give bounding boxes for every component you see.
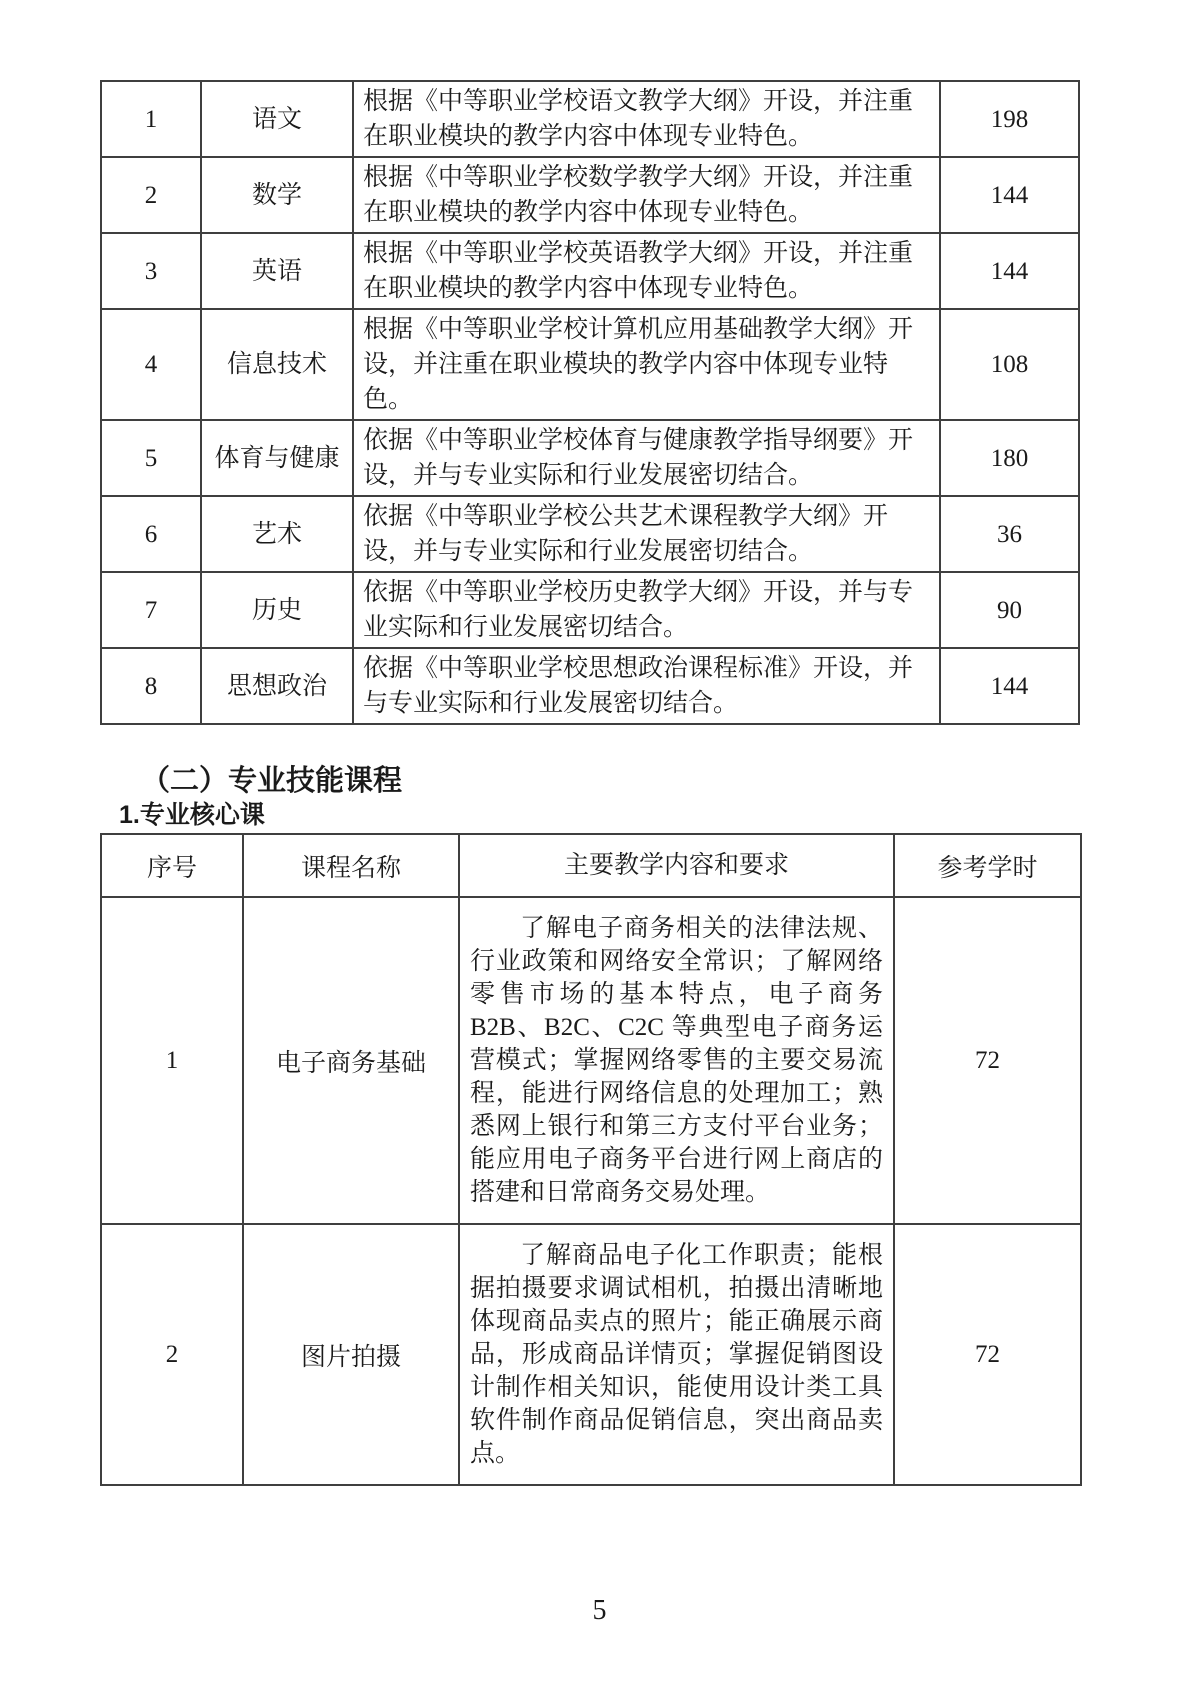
row-number-cell: 6 <box>101 496 201 572</box>
table-row: 2 图片拍摄 了解商品电子化工作职责；能根据拍摄要求调试相机，拍摄出清晰地体现商… <box>101 1224 1081 1485</box>
course-hours-cell: 144 <box>940 648 1079 724</box>
row-number-cell: 1 <box>101 897 243 1224</box>
course-name-cell: 图片拍摄 <box>243 1224 459 1485</box>
course-desc-cell: 根据《中等职业学校数学教学大纲》开设，并注重在职业模块的教学内容中体现专业特色。 <box>353 157 940 233</box>
course-desc-cell: 根据《中等职业学校英语教学大纲》开设，并注重在职业模块的教学内容中体现专业特色。 <box>353 233 940 309</box>
course-hours-cell: 36 <box>940 496 1079 572</box>
course-hours-cell: 180 <box>940 420 1079 496</box>
course-hours-cell: 108 <box>940 309 1079 420</box>
table-row: 6 艺术 依据《中等职业学校公共艺术课程教学大纲》开设，并与专业实际和行业发展密… <box>101 496 1079 572</box>
row-number-cell: 8 <box>101 648 201 724</box>
page-number: 5 <box>0 1595 1199 1627</box>
course-desc-cell: 根据《中等职业学校计算机应用基础教学大纲》开设，并注重在职业模块的教学内容中体现… <box>353 309 940 420</box>
course-name-cell: 英语 <box>201 233 353 309</box>
table-row: 5 体育与健康 依据《中等职业学校体育与健康教学指导纲要》开设，并与专业实际和行… <box>101 420 1079 496</box>
core-course-table: 序号 课程名称 主要教学内容和要求 参考学时 1 电子商务基础 了解电子商务相关… <box>100 833 1082 1486</box>
course-desc-cell: 依据《中等职业学校历史教学大纲》开设，并与专业实际和行业发展密切结合。 <box>353 572 940 648</box>
subsection-heading: 1.专业核心课 <box>119 800 265 830</box>
row-number-cell: 3 <box>101 233 201 309</box>
document-page: 1 语文 根据《中等职业学校语文教学大纲》开设，并注重在职业模块的教学内容中体现… <box>0 0 1199 1696</box>
course-name-cell: 数学 <box>201 157 353 233</box>
course-name-cell: 历史 <box>201 572 353 648</box>
section-heading: （二）专业技能课程 <box>141 764 402 798</box>
row-number-cell: 4 <box>101 309 201 420</box>
row-number-cell: 5 <box>101 420 201 496</box>
course-name-cell: 艺术 <box>201 496 353 572</box>
course-name-cell: 电子商务基础 <box>243 897 459 1224</box>
header-cell-no: 序号 <box>101 834 243 897</box>
course-hours-cell: 90 <box>940 572 1079 648</box>
course-desc-cell: 依据《中等职业学校体育与健康教学指导纲要》开设，并与专业实际和行业发展密切结合。 <box>353 420 940 496</box>
course-desc-cell: 依据《中等职业学校公共艺术课程教学大纲》开设，并与专业实际和行业发展密切结合。 <box>353 496 940 572</box>
row-number-cell: 1 <box>101 81 201 157</box>
header-cell-course: 课程名称 <box>243 834 459 897</box>
table-row: 4 信息技术 根据《中等职业学校计算机应用基础教学大纲》开设，并注重在职业模块的… <box>101 309 1079 420</box>
course-hours-cell: 72 <box>894 1224 1081 1485</box>
row-number-cell: 2 <box>101 1224 243 1485</box>
header-cell-content: 主要教学内容和要求 <box>459 834 894 897</box>
row-number-cell: 7 <box>101 572 201 648</box>
header-cell-hours: 参考学时 <box>894 834 1081 897</box>
course-desc-cell: 了解商品电子化工作职责；能根据拍摄要求调试相机，拍摄出清晰地体现商品卖点的照片；… <box>459 1224 894 1485</box>
course-hours-cell: 144 <box>940 233 1079 309</box>
row-number-cell: 2 <box>101 157 201 233</box>
course-desc-cell: 依据《中等职业学校思想政治课程标准》开设，并与专业实际和行业发展密切结合。 <box>353 648 940 724</box>
course-name-cell: 信息技术 <box>201 309 353 420</box>
course-desc-cell: 根据《中等职业学校语文教学大纲》开设，并注重在职业模块的教学内容中体现专业特色。 <box>353 81 940 157</box>
table-row: 7 历史 依据《中等职业学校历史教学大纲》开设，并与专业实际和行业发展密切结合。… <box>101 572 1079 648</box>
course-hours-cell: 144 <box>940 157 1079 233</box>
course-hours-cell: 72 <box>894 897 1081 1224</box>
course-name-cell: 体育与健康 <box>201 420 353 496</box>
course-desc-cell: 了解电子商务相关的法律法规、行业政策和网络安全常识；了解网络零售市场的基本特点，… <box>459 897 894 1224</box>
public-course-table-body: 1 语文 根据《中等职业学校语文教学大纲》开设，并注重在职业模块的教学内容中体现… <box>101 81 1079 724</box>
table-header-row: 序号 课程名称 主要教学内容和要求 参考学时 <box>101 834 1081 897</box>
public-course-table: 1 语文 根据《中等职业学校语文教学大纲》开设，并注重在职业模块的教学内容中体现… <box>100 80 1080 725</box>
table-row: 1 语文 根据《中等职业学校语文教学大纲》开设，并注重在职业模块的教学内容中体现… <box>101 81 1079 157</box>
course-name-cell: 语文 <box>201 81 353 157</box>
course-name-cell: 思想政治 <box>201 648 353 724</box>
core-course-table-body: 序号 课程名称 主要教学内容和要求 参考学时 1 电子商务基础 了解电子商务相关… <box>101 834 1081 1485</box>
course-hours-cell: 198 <box>940 81 1079 157</box>
table-row: 1 电子商务基础 了解电子商务相关的法律法规、行业政策和网络安全常识；了解网络零… <box>101 897 1081 1224</box>
table-row: 3 英语 根据《中等职业学校英语教学大纲》开设，并注重在职业模块的教学内容中体现… <box>101 233 1079 309</box>
table-row: 8 思想政治 依据《中等职业学校思想政治课程标准》开设，并与专业实际和行业发展密… <box>101 648 1079 724</box>
table-row: 2 数学 根据《中等职业学校数学教学大纲》开设，并注重在职业模块的教学内容中体现… <box>101 157 1079 233</box>
